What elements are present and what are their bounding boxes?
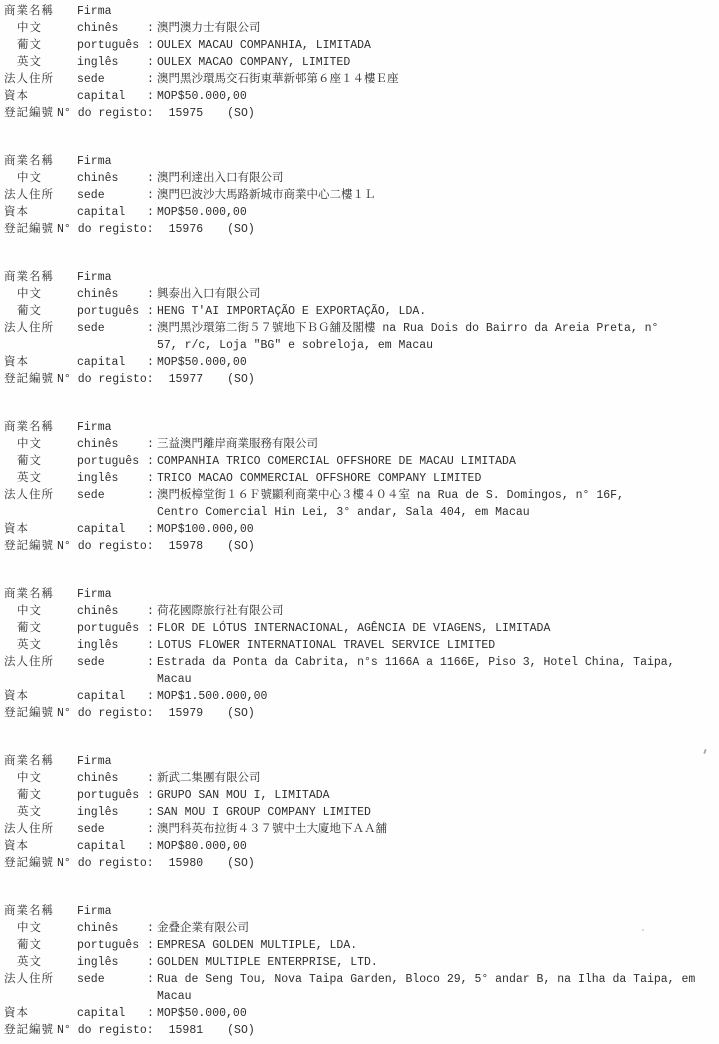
field-row-sede: 法人住所 sede : 澳門板樟堂街１６Ｆ號顯利商業中心３樓４０４室 na Ru… [4, 487, 719, 521]
field-label-zh: 中文 [4, 286, 77, 303]
field-value: 澳門黑沙環第二街５７號地下ＢＧ舖及閣樓 na Rua Dois do Bairr… [157, 320, 719, 354]
field-row-sede: 法人住所 sede : 澳門巴波沙大馬路新城市商業中心二樓１Ｌ [4, 187, 719, 204]
field-label-zh: 登記編號 [4, 855, 57, 872]
field-label-zh: 法人住所 [4, 821, 77, 838]
company-entry: 商業名稱 Firma 中文 chinês : 新武二集團有限公司 葡文 port… [4, 753, 719, 872]
firm-label-zh: 商業名稱 [4, 269, 77, 286]
field-value: SAN MOU I GROUP COMPANY LIMITED [157, 804, 719, 821]
field-label-zh: 登記編號 [4, 705, 57, 722]
field-value: LOTUS FLOWER INTERNATIONAL TRAVEL SERVIC… [157, 637, 719, 654]
company-entry: 商業名稱 Firma 中文 chinês : 澳門利達出入口有限公司 法人住所 … [4, 153, 719, 238]
field-row-chinese: 中文 chinês : 興泰出入口有限公司 [4, 286, 719, 303]
firm-label-zh: 商業名稱 [4, 419, 77, 436]
field-row-chinese: 中文 chinês : 澳門利達出入口有限公司 [4, 170, 719, 187]
registration-number: 15980 [169, 855, 204, 872]
field-label-pt: chinês [77, 603, 147, 620]
field-label-pt: N° do registo: [57, 538, 154, 555]
field-label-pt: inglês [77, 804, 147, 821]
field-value: MOP$50.000,00 [157, 88, 719, 105]
field-label-zh: 英文 [4, 637, 77, 654]
colon-separator: : [147, 487, 157, 504]
colon-separator: : [147, 971, 157, 988]
field-label-pt: capital [77, 354, 147, 371]
field-value-line: 澳門板樟堂街１６Ｆ號顯利商業中心３樓４０４室 na Rua de S. Domi… [157, 487, 713, 504]
field-label-zh: 葡文 [4, 453, 77, 470]
colon-separator: : [147, 286, 157, 303]
colon-separator: : [147, 804, 157, 821]
field-label-zh: 資本 [4, 688, 77, 705]
firm-label-pt: Firma [77, 3, 147, 20]
field-label-pt: português [77, 937, 147, 954]
field-row-portuguese: 葡文 português : FLOR DE LÓTUS INTERNACION… [4, 620, 719, 637]
field-row-portuguese: 葡文 português : COMPANHIA TRICO COMERCIAL… [4, 453, 719, 470]
field-row-chinese: 中文 chinês : 澳門澳力士有限公司 [4, 20, 719, 37]
colon-separator: : [147, 470, 157, 487]
firm-label-zh: 商業名稱 [4, 3, 77, 20]
colon-separator: : [147, 170, 157, 187]
field-label-zh: 法人住所 [4, 487, 77, 504]
registration-suffix: (SO) [227, 855, 255, 872]
field-label-pt: português [77, 453, 147, 470]
field-value: FLOR DE LÓTUS INTERNACIONAL, AGÊNCIA DE … [157, 620, 719, 637]
field-label-zh: 資本 [4, 838, 77, 855]
registration-row: 登記編號 N° do registo: 15975 (SO) [4, 105, 719, 122]
field-row-portuguese: 葡文 português : EMPRESA GOLDEN MULTIPLE, … [4, 937, 719, 954]
field-label-zh: 中文 [4, 436, 77, 453]
colon-separator: : [147, 187, 157, 204]
field-value: 澳門黑沙環馬交石街東華新邨第６座１４樓Ｅ座 [157, 71, 719, 88]
field-label-pt: inglês [77, 637, 147, 654]
field-label-pt: N° do registo: [57, 855, 154, 872]
field-value: MOP$50.000,00 [157, 204, 719, 221]
field-value: 澳門巴波沙大馬路新城市商業中心二樓１Ｌ [157, 187, 719, 204]
field-row-capital: 資本 capital : MOP$80.000,00 [4, 838, 719, 855]
colon-separator: : [147, 521, 157, 538]
field-label-zh: 資本 [4, 521, 77, 538]
field-label-zh: 法人住所 [4, 187, 77, 204]
field-label-zh: 中文 [4, 603, 77, 620]
field-label-pt: capital [77, 88, 147, 105]
firm-label-pt: Firma [77, 419, 147, 436]
field-label-pt: N° do registo: [57, 105, 154, 122]
registration-suffix: (SO) [227, 705, 255, 722]
company-entry: 商業名稱 Firma 中文 chinês : 三益澳門離岸商業服務有限公司 葡文… [4, 419, 719, 555]
colon-separator: : [147, 436, 157, 453]
field-label-zh: 英文 [4, 54, 77, 71]
field-label-zh: 葡文 [4, 620, 77, 637]
field-label-pt: chinês [77, 920, 147, 937]
registration-suffix: (SO) [227, 1022, 255, 1039]
colon-separator: : [147, 37, 157, 54]
field-row-chinese: 中文 chinês : 三益澳門離岸商業服務有限公司 [4, 436, 719, 453]
firm-header-row: 商業名稱 Firma [4, 153, 719, 170]
field-label-pt: N° do registo: [57, 705, 154, 722]
field-label-zh: 英文 [4, 804, 77, 821]
field-label-pt: capital [77, 204, 147, 221]
colon-separator: : [147, 303, 157, 320]
colon-separator: : [147, 787, 157, 804]
field-row-portuguese: 葡文 português : GRUPO SAN MOU I, LIMITADA [4, 787, 719, 804]
colon-separator: : [147, 354, 157, 371]
field-label-pt: N° do registo: [57, 371, 154, 388]
firm-label-zh: 商業名稱 [4, 586, 77, 603]
field-value: MOP$100.000,00 [157, 521, 719, 538]
field-label-zh: 英文 [4, 954, 77, 971]
field-value: TRICO MACAO COMMERCIAL OFFSHORE COMPANY … [157, 470, 719, 487]
registration-row: 登記編號 N° do registo: 15976 (SO) [4, 221, 719, 238]
field-value: MOP$1.500.000,00 [157, 688, 719, 705]
colon-separator: : [147, 71, 157, 88]
field-label-pt: N° do registo: [57, 221, 154, 238]
field-value: OULEX MACAU COMPANHIA, LIMITADA [157, 37, 719, 54]
registration-number: 15979 [169, 705, 204, 722]
field-row-capital: 資本 capital : MOP$50.000,00 [4, 204, 719, 221]
field-label-pt: N° do registo: [57, 1022, 154, 1039]
colon-separator: : [147, 954, 157, 971]
registration-row: 登記編號 N° do registo: 15981 (SO) [4, 1022, 719, 1039]
firm-label-pt: Firma [77, 586, 147, 603]
field-row-capital: 資本 capital : MOP$50.000,00 [4, 354, 719, 371]
field-label-zh: 登記編號 [4, 538, 57, 555]
field-label-zh: 登記編號 [4, 105, 57, 122]
field-label-zh: 登記編號 [4, 371, 57, 388]
colon-separator: : [147, 320, 157, 337]
field-value-line: Centro Comercial Hin Lei, 3° andar, Sala… [157, 504, 713, 521]
colon-separator: : [147, 654, 157, 671]
field-label-pt: português [77, 787, 147, 804]
company-entry: 商業名稱 Firma 中文 chinês : 金叠企業有限公司 葡文 portu… [4, 903, 719, 1039]
field-label-pt: sede [77, 320, 147, 337]
colon-separator: : [147, 637, 157, 654]
field-label-pt: português [77, 620, 147, 637]
field-label-pt: chinês [77, 436, 147, 453]
field-label-zh: 資本 [4, 204, 77, 221]
field-value: OULEX MACAO COMPANY, LIMITED [157, 54, 719, 71]
field-label-zh: 中文 [4, 920, 77, 937]
scan-speck [642, 929, 644, 931]
field-label-zh: 法人住所 [4, 971, 77, 988]
registration-row: 登記編號 N° do registo: 15978 (SO) [4, 538, 719, 555]
field-row-english: 英文 inglês : SAN MOU I GROUP COMPANY LIMI… [4, 804, 719, 821]
field-row-sede: 法人住所 sede : Estrada da Ponta da Cabrita,… [4, 654, 719, 688]
firm-header-row: 商業名稱 Firma [4, 903, 719, 920]
field-label-zh: 資本 [4, 88, 77, 105]
field-row-capital: 資本 capital : MOP$50.000,00 [4, 88, 719, 105]
field-label-pt: chinês [77, 770, 147, 787]
field-row-capital: 資本 capital : MOP$100.000,00 [4, 521, 719, 538]
field-value: COMPANHIA TRICO COMERCIAL OFFSHORE DE MA… [157, 453, 719, 470]
field-label-pt: português [77, 37, 147, 54]
field-value: MOP$50.000,00 [157, 354, 719, 371]
field-label-pt: chinês [77, 20, 147, 37]
colon-separator: : [147, 1005, 157, 1022]
field-label-pt: sede [77, 654, 147, 671]
colon-separator: : [147, 204, 157, 221]
registration-number: 15977 [169, 371, 204, 388]
firm-header-row: 商業名稱 Firma [4, 586, 719, 603]
colon-separator: : [147, 821, 157, 838]
field-label-zh: 葡文 [4, 37, 77, 54]
field-label-pt: inglês [77, 470, 147, 487]
colon-separator: : [147, 920, 157, 937]
firm-label-pt: Firma [77, 153, 147, 170]
field-label-zh: 中文 [4, 20, 77, 37]
field-row-sede: 法人住所 sede : 澳門黑沙環馬交石街東華新邨第６座１４樓Ｅ座 [4, 71, 719, 88]
firm-label-zh: 商業名稱 [4, 903, 77, 920]
field-value: EMPRESA GOLDEN MULTIPLE, LDA. [157, 937, 719, 954]
field-label-pt: sede [77, 971, 147, 988]
company-entry: 商業名稱 Firma 中文 chinês : 荷花國際旅行社有限公司 葡文 po… [4, 586, 719, 722]
field-label-zh: 登記編號 [4, 1022, 57, 1039]
firm-header-row: 商業名稱 Firma [4, 753, 719, 770]
field-label-pt: capital [77, 521, 147, 538]
field-value: 澳門利達出入口有限公司 [157, 170, 719, 187]
field-label-zh: 法人住所 [4, 320, 77, 337]
colon-separator: : [147, 937, 157, 954]
colon-separator: : [147, 54, 157, 71]
field-row-sede: 法人住所 sede : 澳門科英布拉街４３７號中土大廈地下ＡＡ舖 [4, 821, 719, 838]
firm-label-zh: 商業名稱 [4, 153, 77, 170]
registration-number: 15976 [169, 221, 204, 238]
field-row-english: 英文 inglês : LOTUS FLOWER INTERNATIONAL T… [4, 637, 719, 654]
field-label-pt: sede [77, 187, 147, 204]
field-value: Rua de Seng Tou, Nova Taipa Garden, Bloc… [157, 971, 719, 1005]
field-row-portuguese: 葡文 português : HENG T'AI IMPORTAÇÃO E EX… [4, 303, 719, 320]
colon-separator: : [147, 838, 157, 855]
field-value-line: Estrada da Ponta da Cabrita, n°s 1166A a… [157, 654, 713, 671]
firm-label-pt: Firma [77, 753, 147, 770]
colon-separator: : [147, 770, 157, 787]
registration-suffix: (SO) [227, 371, 255, 388]
colon-separator: : [147, 453, 157, 470]
registration-number: 15981 [169, 1022, 204, 1039]
field-label-pt: sede [77, 487, 147, 504]
field-label-pt: capital [77, 688, 147, 705]
registration-suffix: (SO) [227, 221, 255, 238]
field-label-zh: 資本 [4, 354, 77, 371]
field-label-pt: inglês [77, 954, 147, 971]
field-value: 澳門澳力士有限公司 [157, 20, 719, 37]
firm-label-zh: 商業名稱 [4, 753, 77, 770]
field-value-line: 澳門黑沙環第二街５７號地下ＢＧ舖及閣樓 na Rua Dois do Bairr… [157, 320, 713, 337]
colon-separator: : [147, 88, 157, 105]
field-value-line: Macau [157, 671, 713, 688]
registration-suffix: (SO) [227, 105, 255, 122]
registration-row: 登記編號 N° do registo: 15977 (SO) [4, 371, 719, 388]
field-row-english: 英文 inglês : GOLDEN MULTIPLE ENTERPRISE, … [4, 954, 719, 971]
company-entry: 商業名稱 Firma 中文 chinês : 興泰出入口有限公司 葡文 port… [4, 269, 719, 388]
field-value: 興泰出入口有限公司 [157, 286, 719, 303]
registration-suffix: (SO) [227, 538, 255, 555]
field-label-zh: 葡文 [4, 303, 77, 320]
registration-row: 登記編號 N° do registo: 15979 (SO) [4, 705, 719, 722]
field-value: 新武二集團有限公司 [157, 770, 719, 787]
field-value: MOP$50.000,00 [157, 1005, 719, 1022]
colon-separator: : [147, 20, 157, 37]
field-row-sede: 法人住所 sede : Rua de Seng Tou, Nova Taipa … [4, 971, 719, 1005]
field-value: 澳門板樟堂街１６Ｆ號顯利商業中心３樓４０４室 na Rua de S. Domi… [157, 487, 719, 521]
field-label-zh: 中文 [4, 770, 77, 787]
field-value-line: Rua de Seng Tou, Nova Taipa Garden, Bloc… [157, 971, 713, 988]
field-label-pt: capital [77, 1005, 147, 1022]
colon-separator: : [147, 620, 157, 637]
registration-number: 15975 [169, 105, 204, 122]
field-label-pt: chinês [77, 170, 147, 187]
field-row-chinese: 中文 chinês : 荷花國際旅行社有限公司 [4, 603, 719, 620]
registration-row: 登記編號 N° do registo: 15980 (SO) [4, 855, 719, 872]
field-label-zh: 葡文 [4, 937, 77, 954]
field-label-zh: 英文 [4, 470, 77, 487]
field-value: 澳門科英布拉街４３７號中土大廈地下ＡＡ舖 [157, 821, 719, 838]
field-label-zh: 葡文 [4, 787, 77, 804]
field-label-pt: capital [77, 838, 147, 855]
field-value: GRUPO SAN MOU I, LIMITADA [157, 787, 719, 804]
gazette-page: 商業名稱 Firma 中文 chinês : 澳門澳力士有限公司 葡文 port… [0, 0, 719, 1044]
field-row-portuguese: 葡文 português : OULEX MACAU COMPANHIA, LI… [4, 37, 719, 54]
field-row-sede: 法人住所 sede : 澳門黑沙環第二街５７號地下ＢＧ舖及閣樓 na Rua D… [4, 320, 719, 354]
firm-header-row: 商業名稱 Firma [4, 269, 719, 286]
field-value: GOLDEN MULTIPLE ENTERPRISE, LTD. [157, 954, 719, 971]
field-value-line: 57, r/c, Loja "BG" e sobreloja, em Macau [157, 337, 713, 354]
firm-header-row: 商業名稱 Firma [4, 419, 719, 436]
field-value: MOP$80.000,00 [157, 838, 719, 855]
field-label-zh: 資本 [4, 1005, 77, 1022]
field-value: Estrada da Ponta da Cabrita, n°s 1166A a… [157, 654, 719, 688]
field-label-zh: 中文 [4, 170, 77, 187]
field-row-chinese: 中文 chinês : 新武二集團有限公司 [4, 770, 719, 787]
field-value-line: Macau [157, 988, 713, 1005]
field-row-english: 英文 inglês : TRICO MACAO COMMERCIAL OFFSH… [4, 470, 719, 487]
firm-label-pt: Firma [77, 269, 147, 286]
field-row-chinese: 中文 chinês : 金叠企業有限公司 [4, 920, 719, 937]
field-value: 荷花國際旅行社有限公司 [157, 603, 719, 620]
field-row-capital: 資本 capital : MOP$50.000,00 [4, 1005, 719, 1022]
field-value: 三益澳門離岸商業服務有限公司 [157, 436, 719, 453]
colon-separator: : [147, 603, 157, 620]
colon-separator: : [147, 688, 157, 705]
registration-number: 15978 [169, 538, 204, 555]
field-label-pt: inglês [77, 54, 147, 71]
field-row-english: 英文 inglês : OULEX MACAO COMPANY, LIMITED [4, 54, 719, 71]
field-label-zh: 登記編號 [4, 221, 57, 238]
field-value: HENG T'AI IMPORTAÇÃO E EXPORTAÇÃO, LDA. [157, 303, 719, 320]
field-label-pt: sede [77, 821, 147, 838]
field-label-pt: português [77, 303, 147, 320]
firm-header-row: 商業名稱 Firma [4, 3, 719, 20]
firm-label-pt: Firma [77, 903, 147, 920]
field-label-pt: chinês [77, 286, 147, 303]
field-label-zh: 法人住所 [4, 654, 77, 671]
field-label-zh: 法人住所 [4, 71, 77, 88]
field-row-capital: 資本 capital : MOP$1.500.000,00 [4, 688, 719, 705]
field-value: 金叠企業有限公司 [157, 920, 719, 937]
company-entry: 商業名稱 Firma 中文 chinês : 澳門澳力士有限公司 葡文 port… [4, 3, 719, 122]
field-label-pt: sede [77, 71, 147, 88]
